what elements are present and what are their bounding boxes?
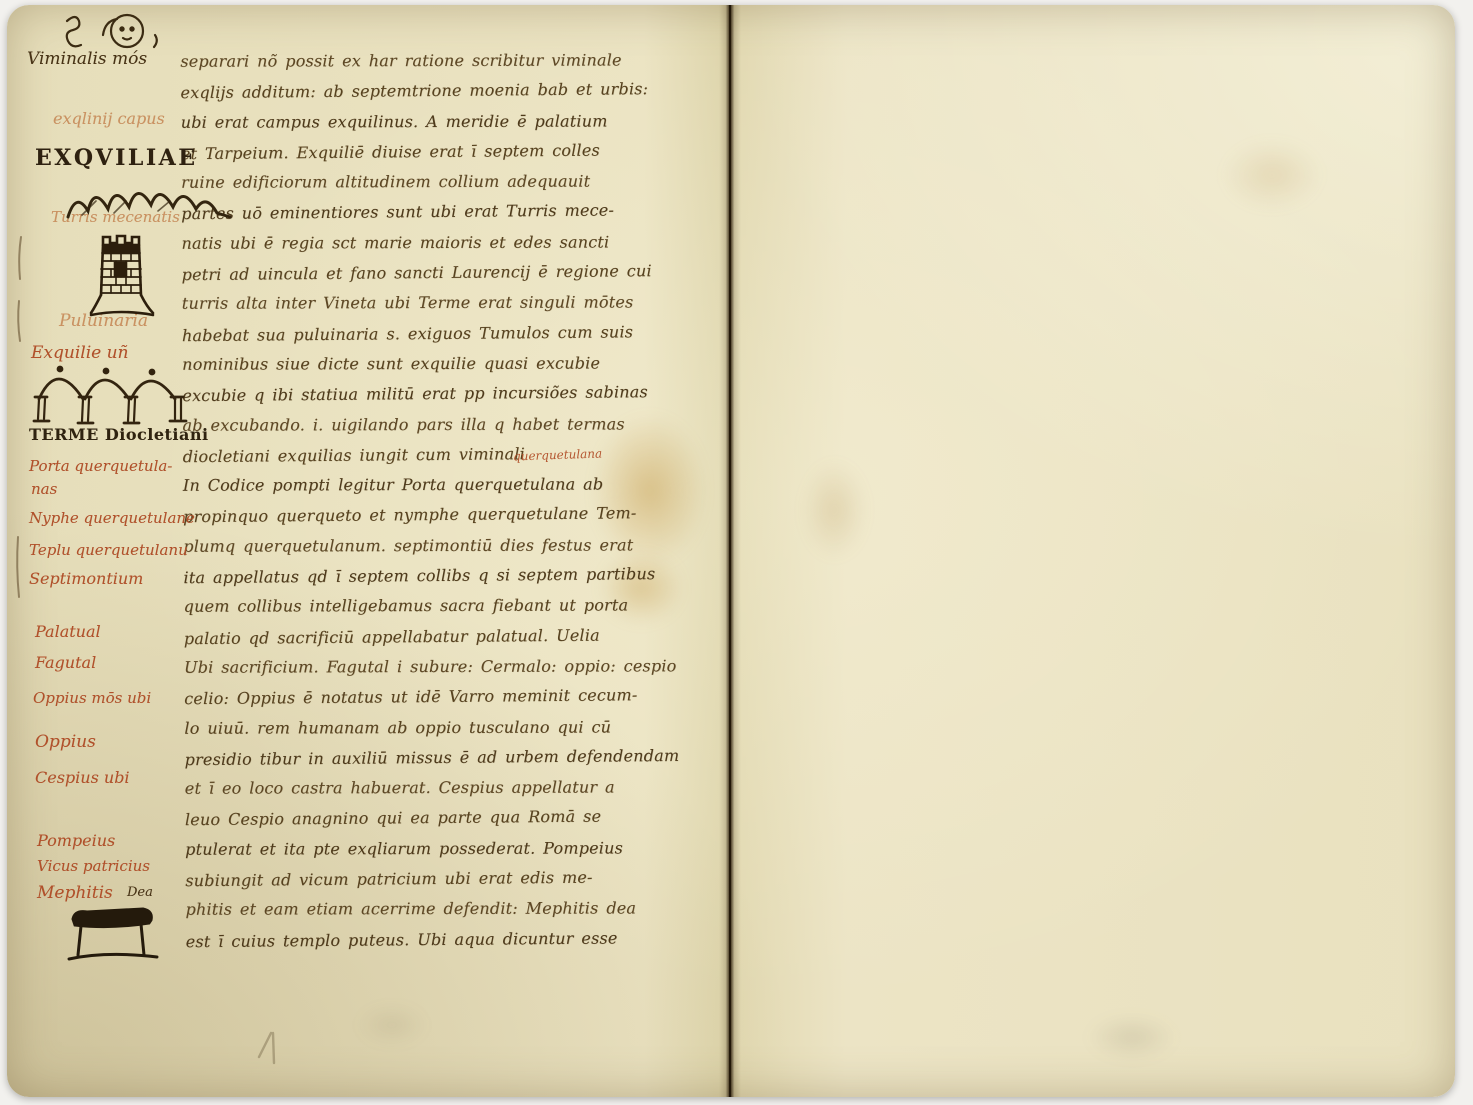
manuscript-line: ruine edificiorum altitudinem collium ad… [181, 166, 689, 198]
margin-note-pompeius: Pompeius [37, 831, 115, 850]
margin-note-mephitis: Mephitis [37, 883, 113, 903]
manuscript-line: palatio qd sacrificiū appellabatur palat… [184, 619, 692, 654]
manuscript-line: turris alta inter Vineta ubi Terme erat … [182, 288, 690, 320]
left-page: separari nõ possit ex har ratione scribi… [7, 5, 719, 1097]
manuscript-line: excubie q ibi statiua militū erat pp inc… [182, 377, 690, 412]
manuscript-line: ita appellatus qd ī septem collibs q si … [183, 559, 691, 594]
margin-note-vicus-patricius: Vicus patricius [37, 857, 150, 875]
book-gutter [719, 5, 741, 1097]
manuscript-line: diocletiani exquilias iungit cum viminal… [183, 438, 691, 473]
manuscript-line: Ubi sacrificium. Fagutal i subure: Cerma… [184, 651, 692, 683]
photo-background: separari nõ possit ex har ratione scribi… [0, 0, 1473, 1105]
quire-marks [15, 237, 31, 657]
manuscript-line: ab excubando. i. uigilando pars illa q h… [182, 409, 690, 441]
manuscript-line: ubi erat campus exquilinus. A meridie ē … [181, 106, 689, 138]
manuscript-book: separari nõ possit ex har ratione scribi… [7, 5, 1455, 1097]
manuscript-line: In Codice pompti legitur Porta querquetu… [183, 469, 691, 501]
manuscript-line: plumq querquetulanum. septimontiū dies f… [183, 530, 691, 562]
margin-note-nymphe-querquetulane: Nyphe querquetulane [29, 509, 195, 527]
margin-note-exqlinis-capus: exqlinij capus [53, 109, 165, 128]
margin-note-cespius: Cespius ubi [35, 768, 130, 787]
manuscript-line: separari nõ possit ex har ratione scribi… [180, 45, 688, 77]
manuscript-line: exqlijs additum: ab septemtrione moenia … [180, 74, 688, 109]
manuscript-line: celio: Oppius ē notatus ut idē Varro mem… [184, 680, 692, 715]
margin-note-mephitis-dea: Dea [127, 885, 153, 900]
manuscript-line: nominibus siue dicte sunt exquilie quasi… [182, 348, 690, 380]
manuscript-line: est ī cuius templo puteus. Ubi aqua dicu… [186, 922, 694, 957]
manuscript-line: subiungit ad vicum patricium ubi erat ed… [185, 862, 693, 897]
margin-note-terme-diocletiani: TERME Diocletiani [29, 425, 209, 444]
manuscript-line: et ī eo loco castra habuerat. Cespius ap… [185, 772, 693, 804]
altar-of-mephitis-drawing [65, 901, 165, 965]
manuscript-line: petri ad uincula et fano sancti Laurenci… [181, 256, 689, 291]
margin-note-exquiliae-heading: EXQVILIAE [35, 145, 197, 171]
baths-arches-drawing [29, 357, 191, 427]
margin-note-templum-querquetulanum: Teplu querquetulanu [29, 541, 188, 559]
margin-note-porta-querquetulana-2: nas [31, 480, 57, 498]
faint-pencil-mark [253, 1027, 295, 1079]
manuscript-line: partes uō eminentiores sunt ubi erat Tur… [181, 195, 689, 230]
manuscript-line: ptulerat et ita pte exqliarum possederat… [185, 833, 693, 865]
margin-note-palatual: Palatual [35, 622, 101, 641]
manuscript-line: leuo Cespio anagnino qui ea parte qua Ro… [185, 801, 693, 836]
tower-of-maecenas-drawing [89, 229, 157, 317]
manuscript-line: propinquo querqueto et nymphe querquetul… [183, 498, 691, 533]
margin-note-porta-querquetulana: Porta querquetula- [29, 457, 172, 475]
manuscript-line: phitis et eam etiam acerrime defendit: M… [185, 894, 693, 926]
margin-note-fagutal: Fagutal [35, 653, 96, 672]
manuscript-line: natis ubi ē regia sct marie maioris et e… [181, 227, 689, 259]
manuscript-line: et Tarpeium. Exquiliē diuise erat ī sept… [181, 135, 689, 170]
manuscript-line: lo uiuū. rem humanam ab oppio tusculano … [184, 712, 692, 744]
margin-note-oppius: Oppius [35, 732, 96, 752]
margin-note-septimontium: Septimontium [29, 569, 143, 588]
manuscript-line: habebat sua puluinaria s. exiguos Tumulo… [182, 317, 690, 352]
manuscript-line: presidio tibur in auxiliū missus ē ad ur… [184, 741, 692, 776]
right-page: contra morbos. fuit hec ministra Leucoth… [741, 5, 1455, 1097]
manuscript-line: quem collibus intelligebamus sacra fieba… [184, 591, 692, 623]
margin-note-oppius-mons: Oppius mōs ubi [33, 689, 151, 707]
seven-hills-sketch [62, 171, 242, 221]
camp-doodle [55, 9, 175, 55]
left-page-text-block: separari nõ possit ex har ratione scribi… [180, 44, 694, 956]
gutter-line [729, 5, 731, 1097]
